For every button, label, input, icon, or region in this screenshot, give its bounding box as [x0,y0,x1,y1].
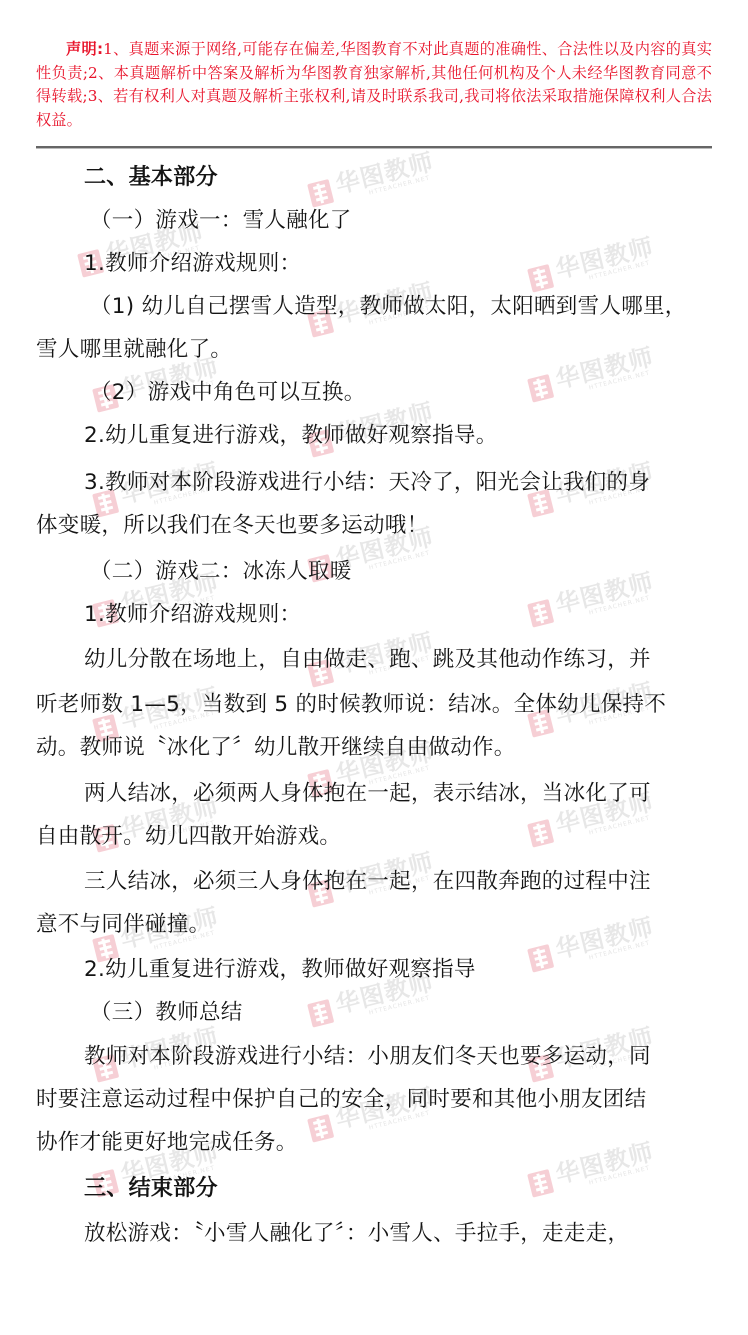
watermark-logo-icon [527,1169,554,1198]
paragraph-line: 1.教师介绍游戏规则： [84,249,301,279]
header-divider [36,146,712,148]
section-heading: 三、结束部分 [84,1174,218,1204]
subsection-heading: （三）教师总结 [90,998,243,1028]
paragraph-line: 幼儿分散在场地上，自由做走、跑、跳及其他动作练习，并 [84,645,651,675]
paragraph-line: 2.幼儿重复进行游戏，教师做好观察指导 [84,955,476,985]
paragraph-line: 2.幼儿重复进行游戏，教师做好观察指导。 [84,421,498,451]
paragraph-line: 3.教师对本阶段游戏进行小结：天冷了，阳光会让我们的身 [84,468,650,498]
watermark: 华图教师HTTEACHER.NET [526,235,658,297]
watermark-logo-icon [307,1114,334,1143]
document-page: 声明:1、真题来源于网络,可能存在偏差,华图教育不对此真题的准确性、合法性以及内… [0,0,748,1335]
subsection-heading: （二）游戏二：冰冻人取暖 [90,557,352,587]
paragraph-line: 1.教师介绍游戏规则： [84,600,301,630]
watermark: 华图教师HTTEACHER.NET [526,570,658,632]
paragraph-line: 体变暖，所以我们在冬天也要多运动哦！ [36,511,428,541]
watermark-logo-icon [527,599,554,628]
disclaimer-notice: 声明:1、真题来源于网络,可能存在偏差,华图教育不对此真题的准确性、合法性以及内… [36,38,712,132]
paragraph-line: 协作才能更好地完成任务。 [36,1128,298,1158]
paragraph-line: 三人结冰，必须三人身体抱在一起，在四散奔跑的过程中注 [84,867,651,897]
watermark: 华图教师HTTEACHER.NET [306,150,438,212]
paragraph-line: 动。教师说〝冰化了〞幼儿散开继续自由做动作。 [36,733,516,763]
watermark-logo-icon [527,374,554,403]
disclaimer-lead: 声明: [66,40,103,58]
watermark-logo-icon [527,264,554,293]
watermark: 华图教师HTTEACHER.NET [526,915,658,977]
paragraph-line: （1) 幼儿自己摆雪人造型，教师做太阳，太阳晒到雪人哪里， [90,292,687,322]
watermark-logo-icon [527,944,554,973]
section-heading: 二、基本部分 [84,163,218,193]
paragraph-line: 时要注意运动过程中保护自己的安全，同时要和其他小朋友团结 [36,1085,646,1115]
watermark: 华图教师HTTEACHER.NET [526,345,658,407]
watermark-logo-icon [307,999,334,1028]
watermark-logo-icon [527,819,554,848]
paragraph-line: （2）游戏中角色可以互换。 [90,378,366,408]
watermark: 华图教师HTTEACHER.NET [526,1140,658,1202]
paragraph-line: 听老师数 1—5，当数到 5 的时候教师说：结冰。全体幼儿保持不 [36,690,666,720]
paragraph-line: 两人结冰，必须两人身体抱在一起，表示结冰，当冰化了可 [84,779,651,809]
disclaimer-text: 1、真题来源于网络,可能存在偏差,华图教育不对此真题的准确性、合法性以及内容的真… [36,40,712,129]
paragraph-line: 雪人哪里就融化了。 [36,335,232,365]
paragraph-line: 放松游戏：〝小雪人融化了〞：小雪人、手拉手，走走走， [84,1219,629,1249]
paragraph-line: 意不与同伴碰撞。 [36,910,210,940]
subsection-heading: （一）游戏一：雪人融化了 [90,206,352,236]
paragraph-line: 教师对本阶段游戏进行小结：小朋友们冬天也要多运动，同 [84,1042,651,1072]
paragraph-line: 自由散开。幼儿四散开始游戏。 [36,822,341,852]
watermark-logo-icon [307,179,334,208]
